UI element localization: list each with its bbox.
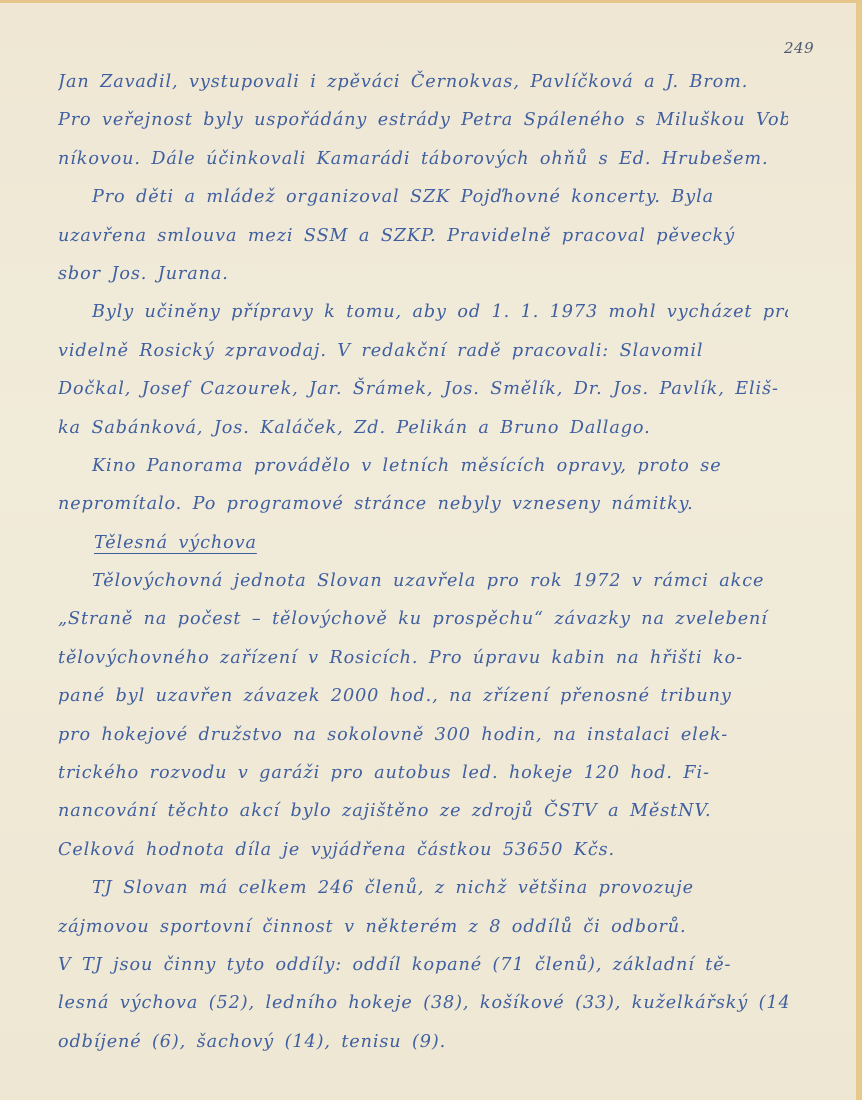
text-line: odbíjené (6), šachový (14), tenisu (9). [58,1023,788,1061]
text-line: Celková hodnota díla je vyjádřena částko… [58,831,788,869]
text-line: videlně Rosický zpravodaj. V redakční ra… [58,332,788,370]
text-line: nepromítalo. Po programové stránce nebyl… [58,485,788,523]
page-number: 249 [784,39,814,57]
text-line: „Straně na počest – tělovýchově ku prosp… [58,600,788,638]
text-line: nancování těchto akcí bylo zajištěno ze … [58,792,788,830]
text-line: Pro veřejnost byly uspořádány estrády Pe… [58,101,788,139]
paragraph-start-line: Tělovýchovná jednota Slovan uzavřela pro… [58,562,788,600]
text-line: uzavřena smlouva mezi SSM a SZKP. Pravid… [58,217,788,255]
text-line: pro hokejové družstvo na sokolovně 300 h… [58,716,788,754]
paragraph-start-line: Byly učiněny přípravy k tomu, aby od 1. … [58,293,788,331]
text-line: níkovou. Dále účinkovali Kamarádi táboro… [58,140,788,178]
text-line: Dočkal, Josef Cazourek, Jar. Šrámek, Jos… [58,370,788,408]
text-line: ka Sabánková, Jos. Kaláček, Zd. Pelikán … [58,409,788,447]
paragraph-start-line: TJ Slovan má celkem 246 členů, z nichž v… [58,869,788,907]
text-line: V TJ jsou činny tyto oddíly: oddíl kopan… [58,946,788,984]
handwritten-body: Jan Zavadil, vystupovali i zpěváci Černo… [58,63,788,1061]
paragraph-start-line: Kino Panorama provádělo v letních měsící… [58,447,788,485]
text-line: lesná výchova (52), ledního hokeje (38),… [58,984,788,1022]
text-line: Jan Zavadil, vystupovali i zpěváci Černo… [58,63,788,101]
text-line: trického rozvodu v garáži pro autobus le… [58,754,788,792]
text-line: sbor Jos. Jurana. [58,255,788,293]
chronicle-page: 249 Jan Zavadil, vystupovali i zpěváci Č… [0,0,862,1100]
text-line: zájmovou sportovní činnost v některém z … [58,908,788,946]
text-line: pané byl uzavřen závazek 2000 hod., na z… [58,677,788,715]
paragraph-start-line: Pro děti a mládež organizoval SZK Pojďho… [58,178,788,216]
section-heading: Tělesná výchova [58,524,788,562]
text-line: tělovýchovného zařízení v Rosicích. Pro … [58,639,788,677]
